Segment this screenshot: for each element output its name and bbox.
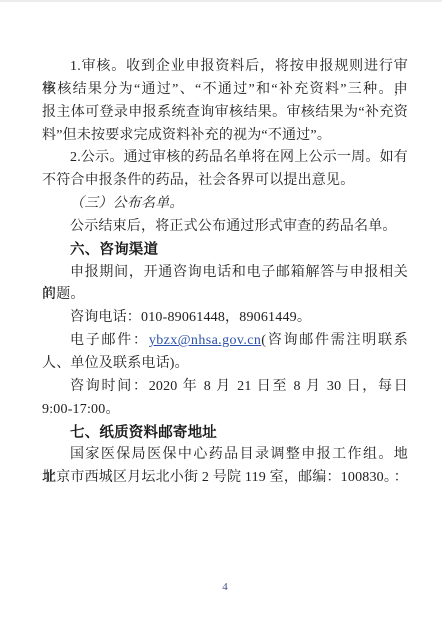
section-heading-mailing-address: 七、纸质资料邮寄地址 [42, 422, 408, 445]
email-line: 电子邮件：ybzx@nhsa.gov.cn(咨询邮件需注明联系 [42, 330, 408, 353]
para-publicity-line-1: 2.公示。通过审核的药品名单将在网上公示一周。如有 [42, 147, 408, 170]
para-review-line-1: 1.审核。收到企业申报资料后，将按申报规则进行审核， [42, 56, 408, 79]
mailing-address-line-2: 北京市西城区月坛北小街 2 号院 119 室，邮编：100830。 [42, 467, 408, 490]
consult-time-line-2: 9:00-17:00。 [42, 399, 408, 422]
mailing-address-line-1: 国家医保局医保中心药品目录调整申报工作组。地址： [42, 444, 408, 467]
consult-time-line-1: 咨询时间：2020 年 8 月 21 日至 8 月 30 日，每日 [42, 376, 408, 399]
email-note: (咨询邮件需注明联系 [261, 333, 408, 348]
para-publish-line: 公示结束后，将正式公布通过形式审查的药品名单。 [42, 216, 408, 239]
document-page: 1.审核。收到企业申报资料后，将按申报规则进行审核， 审核结果分为“通过”、“不… [0, 0, 442, 630]
page-top-edge [0, 0, 442, 2]
para-consult-line-1: 申报期间，开通咨询电话和电子邮箱解答与申报相关的 [42, 262, 408, 285]
email-link[interactable]: ybzx@nhsa.gov.cn [149, 333, 261, 348]
section-heading-consult-channels: 六、咨询渠道 [42, 239, 408, 262]
page-number: 4 [42, 580, 408, 594]
para-review-line-4: 料”但未按要求完成资料补充的视为“不通过”。 [42, 125, 408, 148]
subheading-publish-list: （三）公布名单。 [42, 193, 408, 216]
email-label: 电子邮件： [70, 333, 149, 348]
para-review-line-2: 审核结果分为“通过”、“不通过”和“补充资料”三种。申 [42, 79, 408, 102]
consult-phone-line: 咨询电话：010-89061448，89061449。 [42, 307, 408, 330]
para-consult-line-2: 问题。 [42, 284, 408, 307]
para-publicity-line-2: 不符合申报条件的药品，社会各界可以提出意见。 [42, 170, 408, 193]
document-body: 1.审核。收到企业申报资料后，将按申报规则进行审核， 审核结果分为“通过”、“不… [42, 56, 408, 490]
email-note-line-2: 人、单位及联系电话)。 [42, 353, 408, 376]
para-review-line-3: 报主体可登录申报系统查询审核结果。审核结果为“补充资 [42, 102, 408, 125]
